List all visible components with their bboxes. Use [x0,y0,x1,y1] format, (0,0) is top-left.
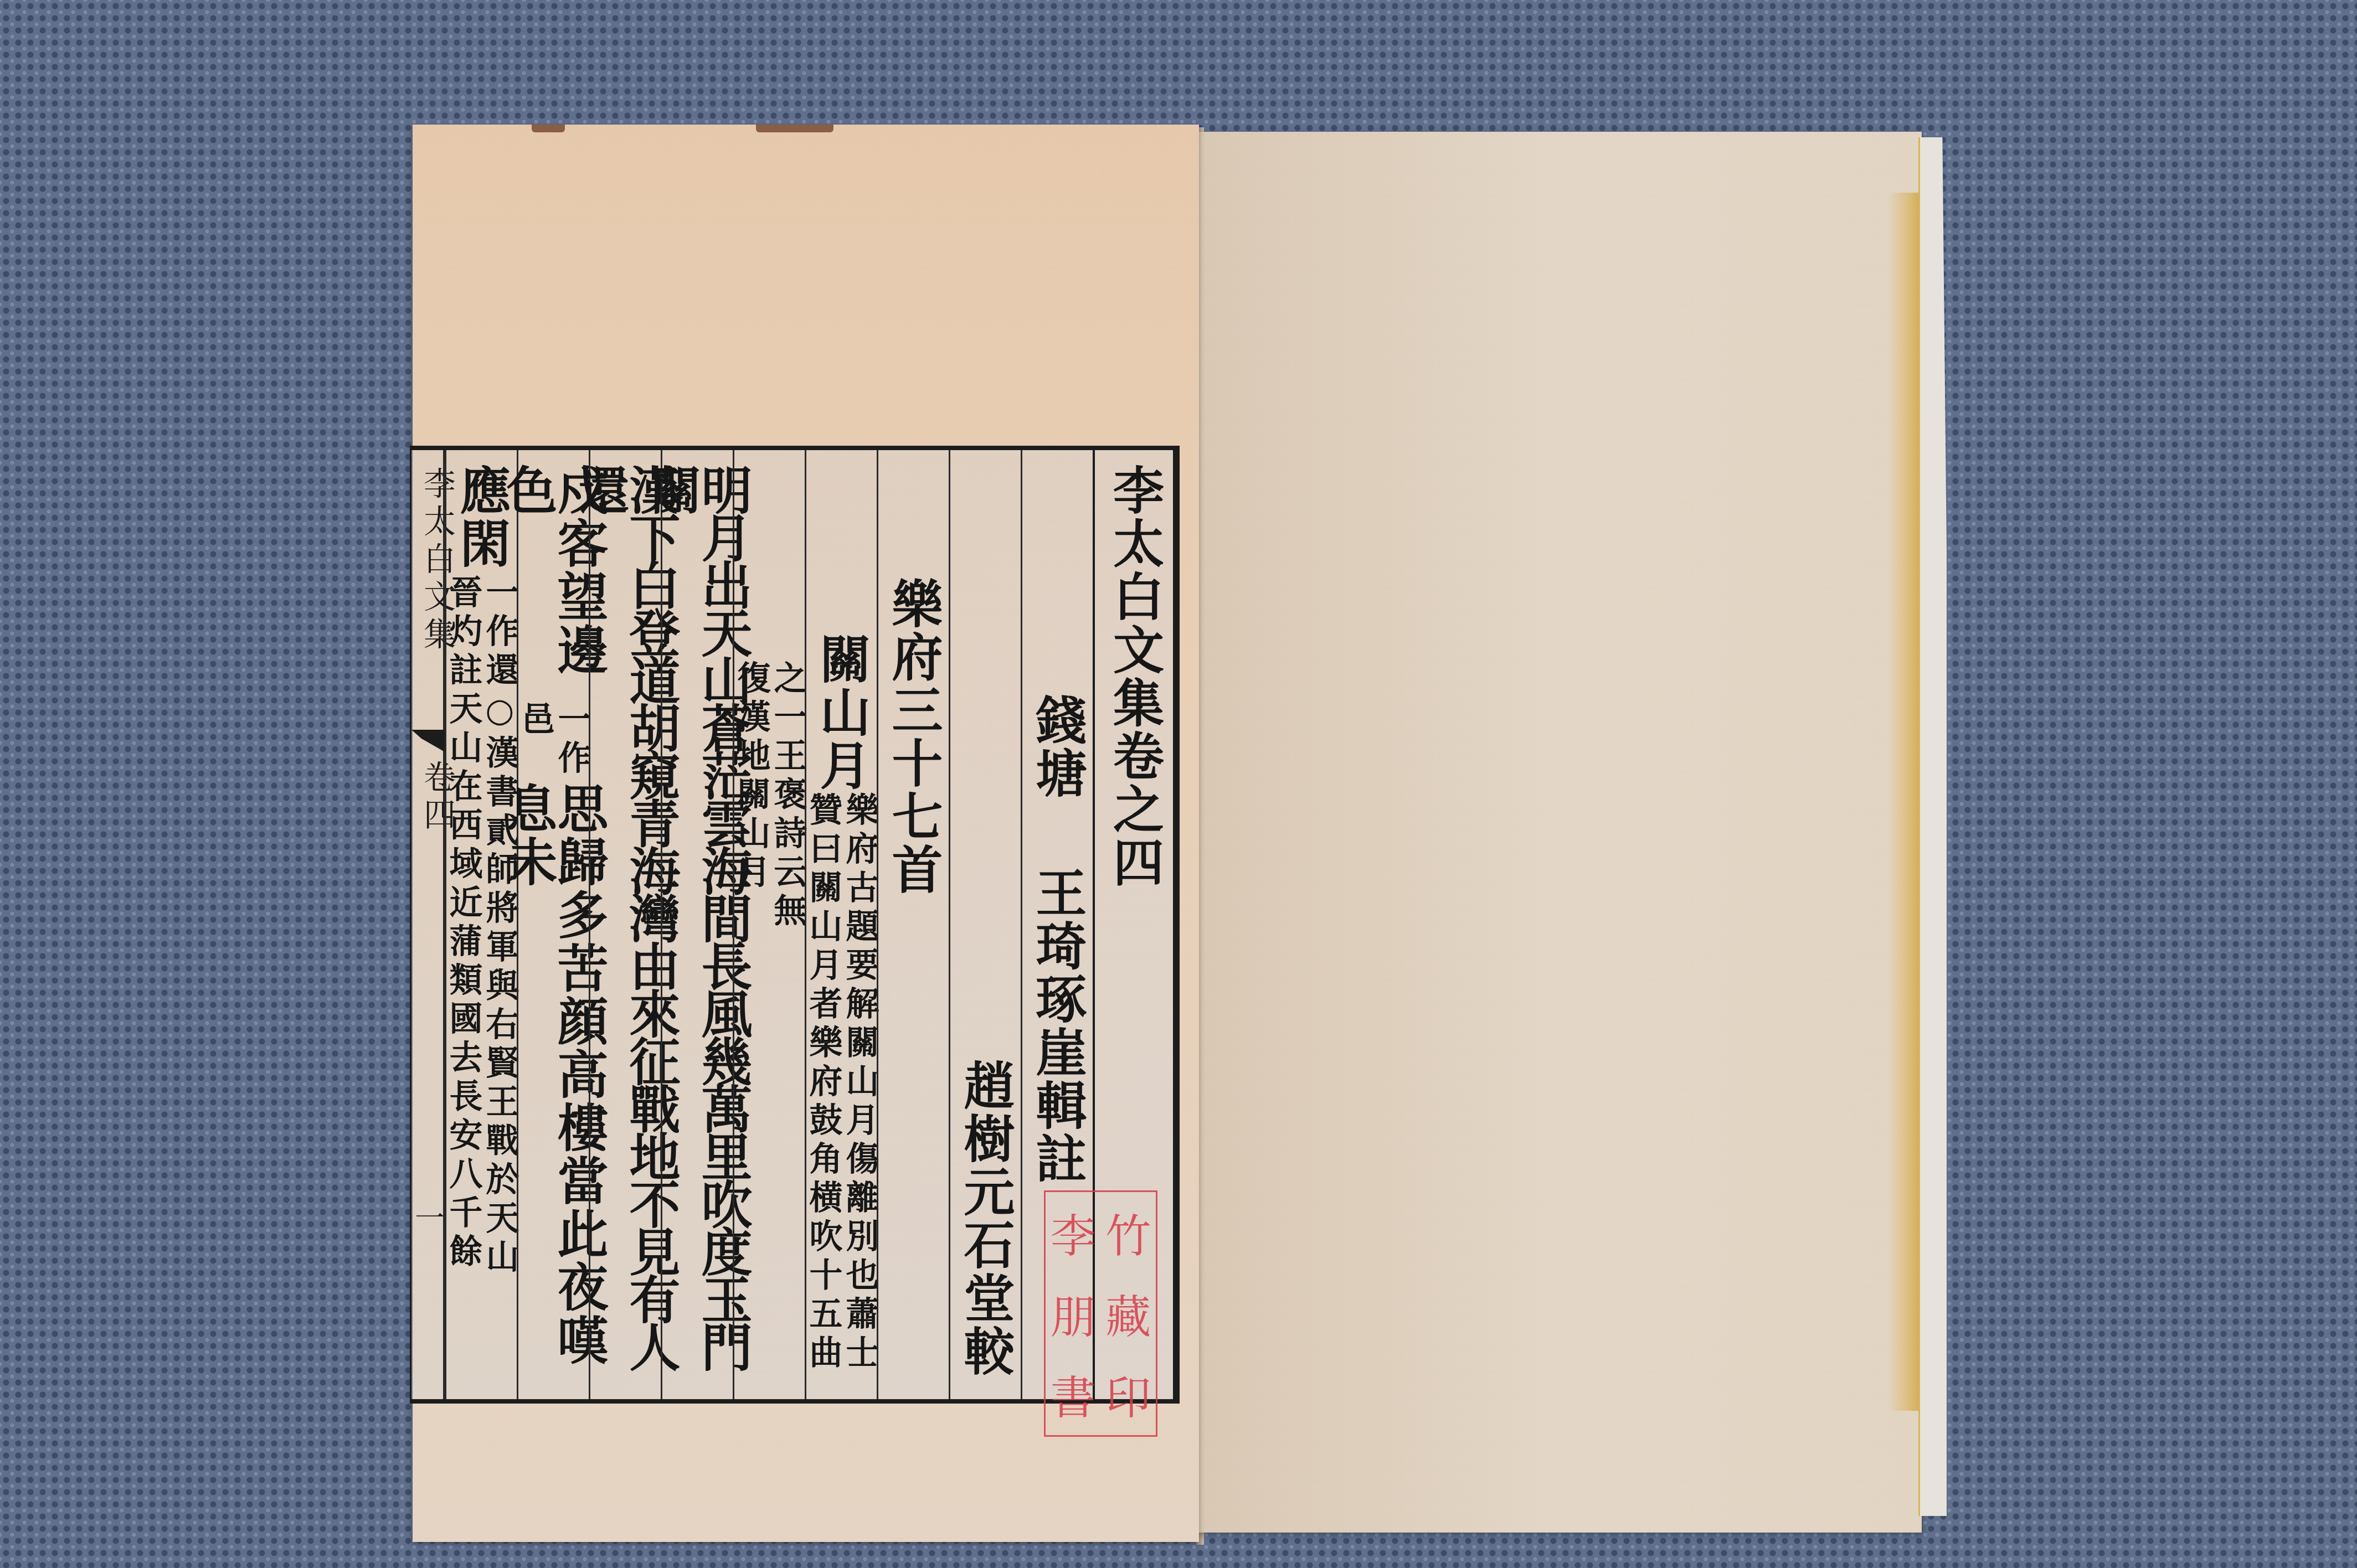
seal-char: 書 [1046,1362,1101,1427]
right-blank-leaf [1196,132,1922,1533]
section-heading: 樂府三十七首 [888,577,939,896]
text-column-7: 明月出天山蒼茫雲海間長風幾萬里吹度玉門關 [661,450,733,1399]
fishtail-mark-icon [411,730,445,752]
collator-credit: 趙樹元石堂較 [960,1059,1011,1378]
edge-wear [756,125,833,132]
annotation-left: 復漢地關山月 [735,661,768,932]
text-column-5: 關山月 樂府古題要解關山月傷離別也蕭士 贊曰關山月者樂府鼓角横吹十五曲 [805,450,877,1399]
annotation-left: 邑 [519,702,552,779]
poem-title: 關山月 [816,633,867,792]
annotation-right: 樂府古題要解關山月傷離別也蕭士 [843,792,877,1374]
annotation-left: 晉灼註天山在西域近蒲類國去長安八千餘 [447,575,480,1278]
banxin-page-number: 一 [415,1195,445,1237]
annotation-right: 之一王褒詩云無 [771,661,805,932]
water-stain [1888,193,1922,1411]
book-heading: 李太白文集卷之四 [1109,464,1160,889]
seal-char: 印 [1101,1362,1156,1427]
editor-credit: 王琦琢崖輯註 [1032,866,1083,1185]
annotation-left: 贊曰關山月者樂府鼓角横吹十五曲 [807,792,840,1374]
annotation-pair: 之一王褒詩云無 復漢地關山月 [735,661,805,932]
edge-wear [532,125,565,132]
collector-seal: 李 竹 朋 藏 書 印 [1044,1190,1157,1437]
editor-place: 錢塘 [1032,694,1083,800]
seal-char: 竹 [1101,1200,1156,1265]
text-column-6: 之一王褒詩云無 復漢地關山月 [733,450,805,1399]
text-column-3: 趙樹元石堂較 [949,450,1021,1399]
page-center-margin: 李太白文集 卷四 一 [411,450,445,1399]
seal-char: 李 [1046,1200,1101,1265]
page-edges [1918,137,1947,1516]
seal-char: 藏 [1101,1281,1156,1346]
seal-char: 朋 [1046,1281,1101,1346]
text-column-4: 樂府三十七首 [877,450,949,1399]
annotation-pair: 樂府古題要解關山月傷離別也蕭士 贊曰關山月者樂府鼓角横吹十五曲 [807,792,877,1374]
